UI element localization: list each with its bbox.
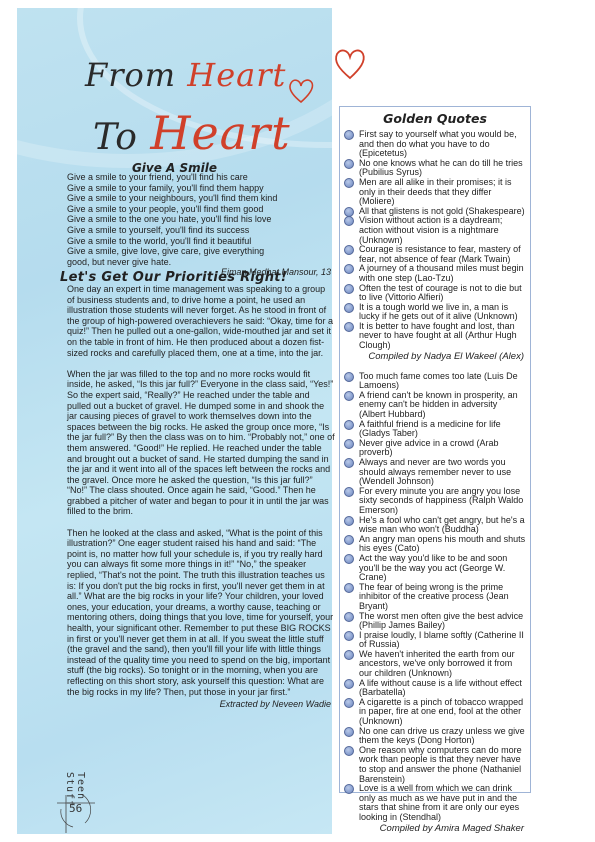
story-author: Extracted by Neveen Wadie [67, 699, 335, 710]
quote-item: Courage is resistance to fear, mastery o… [344, 245, 526, 264]
poem-line: Give a smile to your neighbours, you'll … [67, 193, 335, 204]
bullet-icon [344, 679, 354, 689]
story-body: One day an expert in time management was… [67, 284, 335, 710]
bullet-icon [344, 784, 354, 794]
quotes-compiler-1: Compiled by Nadya El Wakeel (Alex) [344, 351, 526, 362]
quote-item: Never give advice in a crowd (Arab prove… [344, 439, 526, 458]
quote-item: A life without cause is a life without e… [344, 679, 526, 698]
bullet-icon [344, 264, 354, 274]
bullet-icon [344, 487, 354, 497]
bullet-icon [344, 727, 354, 737]
bullet-icon [344, 372, 354, 382]
bullet-icon [344, 207, 354, 217]
quote-item: A journey of a thousand miles must begin… [344, 264, 526, 283]
bullet-icon [344, 698, 354, 708]
quote-item: No one knows what he can do till he trie… [344, 159, 526, 178]
quote-item: Vision without action is a daydream; act… [344, 216, 526, 245]
bullet-icon [344, 284, 354, 294]
poem-line: Give a smile to the world, you'll find i… [67, 236, 335, 247]
quote-item: We haven't inherited the earth from our … [344, 650, 526, 679]
bullet-icon [344, 458, 354, 468]
bullet-icon [344, 535, 354, 545]
page-number-mark: 56 [57, 795, 97, 834]
quote-item: It is better to have fought and lost, th… [344, 322, 526, 351]
quote-item: No one can drive us crazy unless we give… [344, 727, 526, 746]
poem-line: Give a smile, give love, give care, give… [67, 246, 335, 257]
bullet-icon [344, 391, 354, 401]
page-number: 56 [69, 802, 82, 815]
bullet-icon [344, 612, 354, 622]
quote-item: Always and never are two words you shoul… [344, 458, 526, 487]
quote-item: Men are all alike in their promises; it … [344, 178, 526, 207]
quote-item: First say to yourself what you would be,… [344, 130, 526, 159]
poem-body: Give a smile to your friend, you'll find… [67, 172, 335, 278]
quote-item: It is a tough world we live in, a man is… [344, 303, 526, 322]
bullet-icon [344, 746, 354, 756]
quotes-compiler-2: Compiled by Amira Maged Shaker [344, 823, 526, 834]
bullet-icon [344, 439, 354, 449]
quote-item: Often the test of courage is not to die … [344, 284, 526, 303]
poem-line: Give a smile to your friend, you'll find… [67, 172, 335, 183]
bullet-icon [344, 216, 354, 226]
quote-item: A friend can't be known in prosperity, a… [344, 391, 526, 420]
page-title-line-1: From Heart [85, 56, 286, 94]
bullet-icon [344, 554, 354, 564]
poem-line: Give a smile to your people, you'll find… [67, 204, 335, 215]
story-paragraph: Then he looked at the class and asked, “… [67, 528, 335, 698]
page-title-line-2: To Heart [93, 106, 291, 160]
quote-item: One reason why computers can do more wor… [344, 746, 526, 784]
poem-line: Give a smile to your family, you'll find… [67, 183, 335, 194]
bullet-icon [344, 322, 354, 332]
quote-item: For every minute you are angry you lose … [344, 487, 526, 516]
heart-icon [287, 78, 315, 104]
poem-author: Eiman Medhat Mansour, 13 [67, 267, 335, 278]
poem-line: Give a smile to the one you hate, you'll… [67, 214, 335, 225]
quotes-heading: Golden Quotes [344, 111, 526, 126]
bullet-icon [344, 303, 354, 313]
bullet-icon [344, 245, 354, 255]
golden-quotes-box: Golden Quotes First say to yourself what… [339, 106, 531, 793]
quote-item: An angry man opens his mouth and shuts h… [344, 535, 526, 554]
bullet-icon [344, 420, 354, 430]
quote-item: I praise loudly, I blame softly (Catheri… [344, 631, 526, 650]
bullet-icon [344, 583, 354, 593]
quote-item: The worst men often give the best advice… [344, 612, 526, 631]
story-paragraph: One day an expert in time management was… [67, 284, 335, 358]
quote-item: A cigarette is a pinch of tobacco wrappe… [344, 698, 526, 727]
quote-item: A faithful friend is a medicine for life… [344, 420, 526, 439]
quote-item: Love is a well from which we can drink o… [344, 784, 526, 822]
quote-item: He's a fool who can't get angry, but he'… [344, 516, 526, 535]
quote-item: Too much fame comes too late (Luis De La… [344, 372, 526, 391]
bullet-icon [344, 516, 354, 526]
poem-line: Give a smile to yourself, you'll find it… [67, 225, 335, 236]
bullet-icon [344, 650, 354, 660]
heart-icon [333, 48, 367, 80]
poem-line: good, but never give hate. [67, 257, 335, 268]
bullet-icon [344, 159, 354, 169]
quote-item: The fear of being wrong is the prime inh… [344, 583, 526, 612]
quote-item: Act the way you'd like to be and soon yo… [344, 554, 526, 583]
bullet-icon [344, 631, 354, 641]
story-paragraph: When the jar was filled to the top and n… [67, 369, 335, 517]
bullet-icon [344, 130, 354, 140]
bullet-icon [344, 178, 354, 188]
